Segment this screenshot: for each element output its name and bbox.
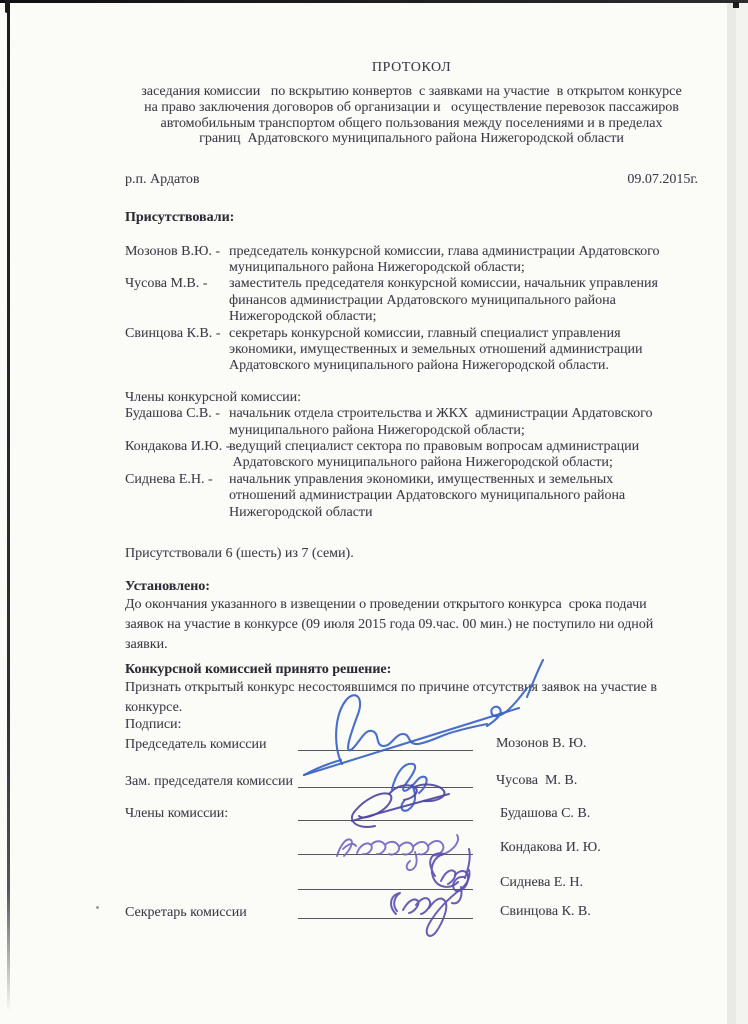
member-name: Кондакова И.Ю. - xyxy=(125,439,229,472)
signature-svintsova-ink xyxy=(427,849,470,936)
subtitle-line: заседания комиссии по вскрытию конвертов… xyxy=(125,84,698,100)
signee-name-sidneva: Сиднева Е. Н. xyxy=(500,875,583,891)
attendees-heading: Присутствовали: xyxy=(125,210,698,226)
signature-sidneva-ink xyxy=(452,871,468,903)
signature-sidneva-ink xyxy=(430,853,458,886)
scan-corner-dot xyxy=(733,2,739,8)
established-text: До окончания указанного в извещении о пр… xyxy=(125,595,698,656)
quorum-line: Присутствовали 6 (шесть) из 7 (семи). xyxy=(125,546,698,562)
decision-heading: Конкурсной комиссией принято решение: xyxy=(125,662,698,678)
member-row: Кондакова И.Ю. - ведущий специалист сект… xyxy=(125,439,698,472)
scan-edge-band xyxy=(727,0,736,1024)
document-body: ПРОТОКОЛ заседания комиссии по вскрытию … xyxy=(125,60,698,718)
attendee-row: Свинцова К.В. - секретарь конкурсной ком… xyxy=(125,326,698,375)
signature-svintsova-ink xyxy=(391,893,400,914)
attendee-row: Чусова М.В. - заместитель председателя к… xyxy=(125,276,698,325)
members-list: Будашова С.В. - начальник отдела строите… xyxy=(125,406,698,521)
signature-kondakova-ink xyxy=(357,841,428,854)
subtitle-line: на право заключения договоров об организ… xyxy=(125,100,698,116)
subtitle-line: автомобильным транспортом общего пользов… xyxy=(125,116,698,132)
attendee-name: Мозонов В.Ю. - xyxy=(125,244,229,277)
established-heading: Установлено: xyxy=(125,579,698,595)
signee-name-chusova: Чусова М. В. xyxy=(496,773,577,789)
signatures-heading: Подписи: xyxy=(125,717,181,733)
signature-role-secretary: Секретарь комиссии xyxy=(125,905,247,921)
signature-role-chairman: Председатель комиссии xyxy=(125,737,266,753)
document-title: ПРОТОКОЛ xyxy=(125,60,698,76)
scan-speck xyxy=(96,906,99,909)
attendee-name: Свинцова К.В. - xyxy=(125,326,229,375)
signature-mozonov-ink xyxy=(304,760,341,775)
signature-line xyxy=(298,889,473,890)
scan-edge-right xyxy=(736,0,748,1024)
decision-text: Признать открытый конкурс несостоявшимся… xyxy=(125,678,698,718)
signee-name-budashova: Будашова С. В. xyxy=(500,806,590,822)
attendee-role: председатель конкурсной комиссии, глава … xyxy=(229,244,698,277)
signee-name-svintsova: Свинцова К. В. xyxy=(500,904,591,920)
signee-name-mozonov: Мозонов В. Ю. xyxy=(496,736,586,752)
member-name: Будашова С.В. - xyxy=(125,406,229,439)
signature-line xyxy=(298,918,473,919)
scan-edge-left xyxy=(7,0,10,1012)
signature-kondakova-ink xyxy=(428,835,458,856)
signee-name-kondakova: Кондакова И. Ю. xyxy=(500,840,601,856)
member-row: Сиднева Е.Н. - начальник управления экон… xyxy=(125,472,698,521)
attendee-row: Мозонов В.Ю. - председатель конкурсной к… xyxy=(125,244,698,277)
signature-line xyxy=(298,787,473,788)
signature-chusova-ink xyxy=(401,785,415,811)
place-label: р.п. Ардатов xyxy=(125,172,199,188)
members-heading: Члены конкурсной комиссии: xyxy=(125,390,698,406)
signature-budashova-ink xyxy=(352,794,449,821)
attendee-role: заместитель председателя конкурсной коми… xyxy=(229,276,698,325)
member-role: начальник управления экономики, имуществ… xyxy=(229,472,698,521)
attendee-name: Чусова М.В. - xyxy=(125,276,229,325)
place-date-row: р.п. Ардатов 09.07.2015г. xyxy=(125,172,698,188)
scan-edge-corner xyxy=(5,0,10,13)
member-role: ведущий специалист сектора по правовым в… xyxy=(229,439,698,472)
signature-sidneva-ink xyxy=(441,870,455,884)
signature-budashova-ink xyxy=(352,793,391,827)
document-subtitle: заседания комиссии по вскрытию конвертов… xyxy=(125,84,698,146)
member-name: Сиднева Е.Н. - xyxy=(125,472,229,521)
member-role: начальник отдела строительства и ЖКХ адм… xyxy=(229,406,698,439)
attendees-list: Мозонов В.Ю. - председатель конкурсной к… xyxy=(125,244,698,375)
signature-role-members: Члены комиссии: xyxy=(125,806,228,822)
signature-svintsova-ink xyxy=(403,898,430,914)
scan-edge-top xyxy=(0,0,748,3)
signature-chusova-ink xyxy=(392,764,427,793)
scanned-protocol-page: ПРОТОКОЛ заседания комиссии по вскрытию … xyxy=(0,0,748,1024)
subtitle-line: границ Ардатовского муниципального район… xyxy=(125,131,698,147)
attendee-role: секретарь конкурсной комиссии, главный с… xyxy=(229,326,698,375)
date-label: 09.07.2015г. xyxy=(627,172,698,188)
member-row: Будашова С.В. - начальник отдела строите… xyxy=(125,406,698,439)
signature-line xyxy=(298,750,473,751)
signature-line xyxy=(298,820,473,821)
signature-line xyxy=(298,854,473,855)
signature-role-deputy: Зам. председателя комиссии xyxy=(125,774,293,790)
